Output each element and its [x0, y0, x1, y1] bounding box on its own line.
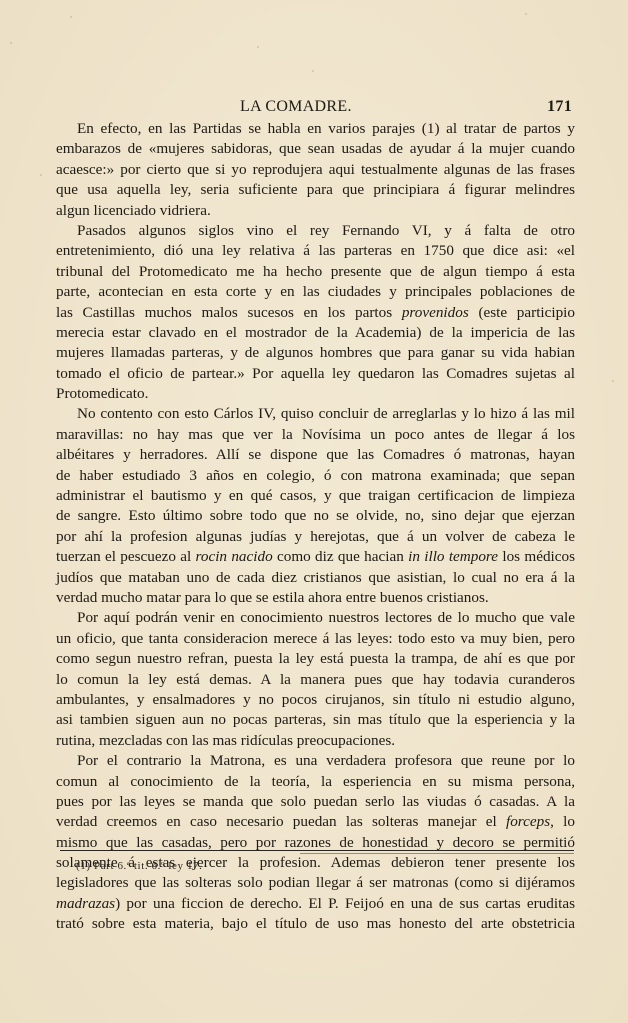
text-line: embarazos de «mujeres sabidoras, que sea…	[56, 139, 575, 159]
text-line: parte, acontecian en esta corte y en las…	[56, 282, 575, 302]
text-line: trató sobre esta materia, bajo el título…	[56, 914, 575, 934]
text-line: Protomedicato.	[56, 384, 575, 404]
text-line: legisladores que las solteras solo podia…	[56, 873, 575, 893]
text-line: madrazas) por una ficcion de derecho. El…	[56, 894, 575, 914]
text-line: lo comun la ley está demas. A la manera …	[56, 670, 575, 690]
running-head-title: LA COMADRE.	[240, 98, 352, 116]
text-line: ambulantes, y ensalmadores y no pocos ci…	[56, 690, 575, 710]
text-line: de sangre. Esto último sobre todo que no…	[56, 506, 575, 526]
text-line: un oficio, que tanta consideracion merec…	[56, 629, 575, 649]
footnote-divider-secondary	[300, 853, 574, 854]
page-number: 171	[547, 98, 572, 116]
text-line: mujeres llamadas parteras, y de algunos …	[56, 343, 575, 363]
text-line: maravillas: no hay mas que ver la Novísi…	[56, 425, 575, 445]
paper-speck	[10, 42, 12, 44]
text-line: merecia estar clavado en el mostrador de…	[56, 323, 575, 343]
paper-speck	[525, 13, 527, 15]
text-line: entretenimiento, dió una ley relativa á …	[56, 241, 575, 261]
text-line: como segun nuestro refran, puesta la ley…	[56, 649, 575, 669]
text-line: tribunal del Protomedicato me ha hecho p…	[56, 262, 575, 282]
text-line: pues por las leyes se manda que solo pue…	[56, 792, 575, 812]
text-line: administrar el bautismo y en qué casos, …	[56, 486, 575, 506]
text-line: verdad creemos en caso necesario puedan …	[56, 812, 575, 832]
body-text: En efecto, en las Partidas se habla en v…	[56, 119, 575, 935]
paper-speck	[40, 174, 42, 176]
text-line: verdad mucho matar para lo que se estila…	[56, 588, 575, 608]
footnote: (1) Part 6.ª tit. 6.º ley 17.	[76, 860, 203, 872]
paper-speck	[312, 70, 314, 72]
paper-speck	[612, 380, 614, 382]
text-line: En efecto, en las Partidas se habla en v…	[56, 119, 575, 139]
text-line: No contento con esto Cárlos IV, quiso co…	[56, 404, 575, 424]
footnote-divider	[60, 850, 574, 851]
text-line: tuerzan el pescuezo al rocin nacido como…	[56, 547, 575, 567]
book-page: LA COMADRE. 171 En efecto, en las Partid…	[0, 0, 628, 1023]
paper-speck	[257, 46, 259, 48]
text-line: por ahí la profesion algunas judías y he…	[56, 527, 575, 547]
text-line: rutina, mezcladas con las mas ridículas …	[56, 731, 575, 751]
text-line: acaesce:» por cierto que si yo reproduje…	[56, 160, 575, 180]
running-head: LA COMADRE. 171	[240, 98, 574, 118]
text-line: comun al conocimiento de la teoría, la e…	[56, 772, 575, 792]
text-line: asi tambien siguen aun no pocas parteras…	[56, 710, 575, 730]
text-line: Pasados algunos siglos vino el rey Ferna…	[56, 221, 575, 241]
text-line: judíos que mataban uno de cada diez cris…	[56, 568, 575, 588]
paper-speck	[70, 16, 72, 18]
text-line: algun licenciado vidriera.	[56, 201, 575, 221]
text-line: que usa aquella ley, seria suficiente pa…	[56, 180, 575, 200]
text-line: de haber estudiado 3 años en colegio, ó …	[56, 466, 575, 486]
text-line: las Castillas muchos malos sucesos en lo…	[56, 303, 575, 323]
text-line: albéitares y herradores. Allí se dispone…	[56, 445, 575, 465]
text-line: Por aquí podrán venir en conocimiento nu…	[56, 608, 575, 628]
text-line: Por el contrario la Matrona, es una verd…	[56, 751, 575, 771]
text-line: tomado el oficio de partear.» Por aquell…	[56, 364, 575, 384]
